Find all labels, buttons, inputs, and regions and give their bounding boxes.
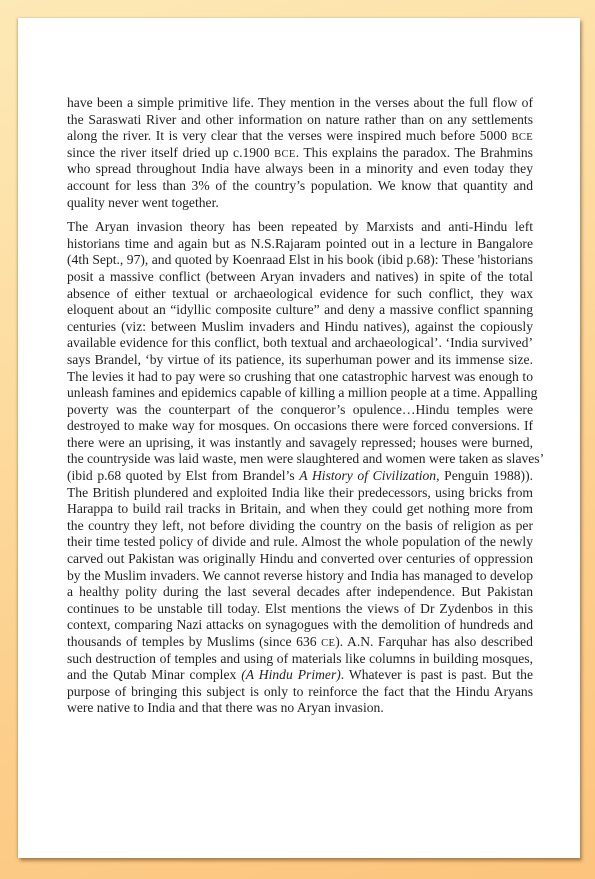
text-segment: unleash famines and epidemics capable of… [67,385,537,400]
text-segment: The Aryan invasion theory has been repea… [67,219,533,234]
text-segment: who spread throughout India have always … [67,161,533,176]
text-line: Harappa to build rail tracks in Britain,… [67,501,533,518]
text-line: (4th Sept., 97), and quoted by Koenraad … [67,252,533,269]
text-line: thousands of temples by Muslims (since 6… [67,634,533,651]
text-line: account for less than 3% of the country’… [67,178,533,195]
text-segment: the Saraswati River and other informatio… [67,112,533,127]
text-segment: absence of either textual or archaeologi… [67,286,533,301]
text-line: The Aryan invasion theory has been repea… [67,219,533,236]
text-line: have been a simple primitive life. They … [67,95,533,112]
text-line: there were an uprising, it was instantly… [67,435,533,452]
text-segment: , Penguin 1988)). [436,468,533,483]
text-line: historians time and again but as N.S.Raj… [67,236,533,253]
text-segment: their time tested policy of divide and r… [67,534,533,549]
text-segment: . Whatever is past is past. But the [341,667,533,682]
text-segment: there were an uprising, it was instantly… [67,435,533,450]
text-segment: centuries (viz: between Muslim invaders … [67,319,533,334]
text-segment: along the river. It is very clear that t… [67,128,511,143]
text-segment: quality never went together. [67,195,219,210]
text-segment: The British plundered and exploited Indi… [67,485,533,500]
text-segment: and the Qutab Minar complex [67,667,241,682]
italic-title: (A Hindu Primer) [241,667,341,682]
text-line: says Brandel, ‘by virtue of its patience… [67,352,533,369]
text-line: quality never went together. [67,195,533,212]
text-line: posit a massive conflict (between Aryan … [67,269,533,286]
text-segment: since the river itself dried up c.1900 [67,145,274,160]
text-line: who spread throughout India have always … [67,161,533,178]
era-abbrev: CE [321,638,335,649]
era-abbrev: BCE [511,132,533,143]
text-segment: historians time and again but as N.S.Raj… [67,236,533,251]
text-segment: such destruction of temples and using of… [67,651,533,666]
text-segment: a healthy polity during the last several… [67,584,533,599]
text-segment: purpose of bringing this subject is only… [67,684,533,699]
text-segment: thousands of temples by Muslims (since 6… [67,634,321,649]
text-segment: The levies it had to pay were so crushin… [67,369,533,384]
text-line: a healthy polity during the last several… [67,584,533,601]
paragraph: have been a simple primitive life. They … [67,95,533,211]
text-segment: (ibid p.68 quoted by Elst from Brandel’s [67,468,299,483]
text-segment: says Brandel, ‘by virtue of its patience… [67,352,533,367]
text-segment: the countryside was laid waste, men were… [67,451,544,466]
text-segment: poverty was the counterpart of the conqu… [67,402,533,417]
text-line: poverty was the counterpart of the conqu… [67,402,533,419]
text-line: and the Qutab Minar complex (A Hindu Pri… [67,667,533,684]
text-line: along the river. It is very clear that t… [67,128,533,145]
text-line: continues to be unstable till today. Els… [67,601,533,618]
text-segment: destroyed to make way for mosques. On oc… [67,418,533,433]
text-segment: . This explains the paradox. The Brahmin… [296,145,533,160]
text-line: The British plundered and exploited Indi… [67,485,533,502]
text-segment: the country they left, not before dividi… [67,518,533,533]
italic-title: A History of Civilization [299,468,436,483]
text-segment: (4th Sept., 97), and quoted by Koenraad … [67,252,533,267]
text-line: available evidence for this conflict, bo… [67,335,533,352]
era-abbrev: BCE [274,149,296,160]
text-segment: carved out Pakistan was originally Hindu… [67,551,533,566]
text-line: their time tested policy of divide and r… [67,534,533,551]
text-segment: by the Muslim invaders. We cannot revers… [67,568,533,583]
text-line: carved out Pakistan was originally Hindu… [67,551,533,568]
text-segment: were native to India and that there was … [67,700,384,715]
text-line: since the river itself dried up c.1900 B… [67,145,533,162]
paragraph: The Aryan invasion theory has been repea… [67,219,533,717]
text-line: absence of either textual or archaeologi… [67,286,533,303]
text-segment: have been a simple primitive life. They … [67,95,533,110]
text-segment: Harappa to build rail tracks in Britain,… [67,501,533,516]
text-line: the Saraswati River and other informatio… [67,112,533,129]
text-segment: account for less than 3% of the country’… [67,178,533,193]
text-line: eloquent about an “idyllic composite cul… [67,302,533,319]
text-line: were native to India and that there was … [67,700,533,717]
text-line: the countryside was laid waste, men were… [67,451,533,468]
text-line: the country they left, not before dividi… [67,518,533,535]
text-segment: posit a massive conflict (between Aryan … [67,269,533,284]
text-line: unleash famines and epidemics capable of… [67,385,533,402]
text-line: centuries (viz: between Muslim invaders … [67,319,533,336]
text-line: purpose of bringing this subject is only… [67,684,533,701]
text-segment: available evidence for this conflict, bo… [67,335,533,350]
body-text: have been a simple primitive life. They … [67,95,533,725]
text-line: such destruction of temples and using of… [67,651,533,668]
text-segment: eloquent about an “idyllic composite cul… [67,302,533,317]
text-line: (ibid p.68 quoted by Elst from Brandel’s… [67,468,533,485]
text-line: by the Muslim invaders. We cannot revers… [67,568,533,585]
text-line: The levies it had to pay were so crushin… [67,369,533,386]
document-page: have been a simple primitive life. They … [18,18,580,858]
text-line: destroyed to make way for mosques. On oc… [67,418,533,435]
text-line: context, comparing Nazi attacks on synag… [67,617,533,634]
text-segment: continues to be unstable till today. Els… [67,601,533,616]
text-segment: context, comparing Nazi attacks on synag… [67,617,533,632]
text-segment: ). A.N. Farquhar has also described [335,634,533,649]
